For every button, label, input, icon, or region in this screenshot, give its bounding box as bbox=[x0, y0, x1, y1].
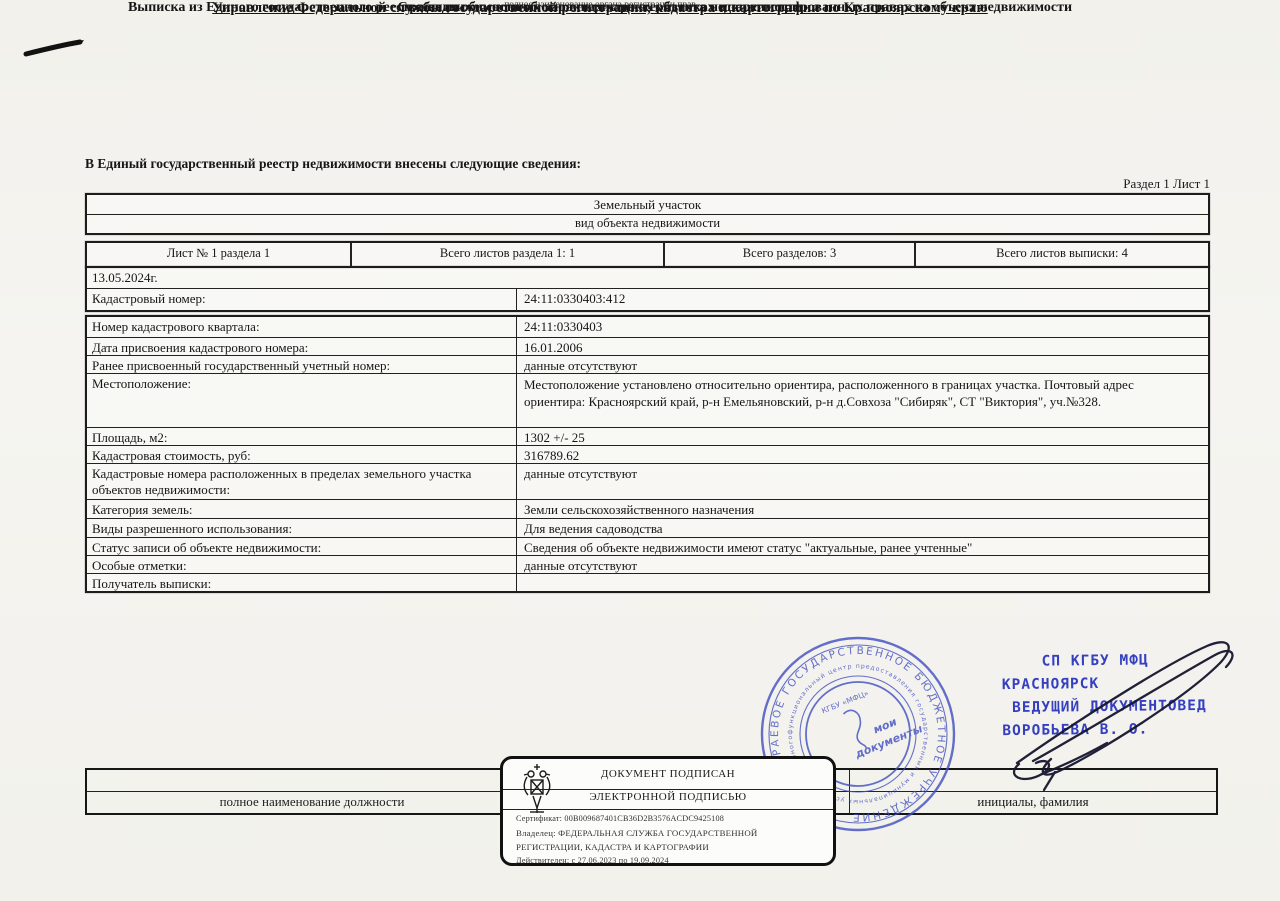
intro-line: В Единый государственный реестр недвижим… bbox=[85, 156, 581, 172]
esign-certificate: Сертификат: 00B009687401CB36D2B3576ACDC9… bbox=[516, 814, 724, 823]
esign-validity: Действителен: с 27.06.2023 по 19.09.2024 bbox=[516, 856, 669, 865]
field-label: Площадь, м2: bbox=[87, 428, 517, 445]
field-label: Кадастровый номер: bbox=[87, 289, 517, 310]
field-value: Для ведения садоводства bbox=[517, 519, 1208, 537]
object-type-value: Земельный участок bbox=[87, 195, 1208, 214]
details-table-main: Номер кадастрового квартала: 24:11:03304… bbox=[85, 315, 1210, 593]
field-value: 16.01.2006 bbox=[517, 338, 1208, 355]
esign-title-line2: ЭЛЕКТРОННОЙ ПОДПИСЬЮ bbox=[503, 791, 833, 803]
section-title: Сведения об основных характеристиках объ… bbox=[0, 0, 1200, 16]
field-label: Кадастровые номера расположенных в преде… bbox=[87, 464, 517, 499]
field-value: Земли сельскохозяйственного назначения bbox=[517, 500, 1208, 518]
field-value: 24:11:0330403 bbox=[517, 317, 1208, 337]
field-label: Виды разрешенного использования: bbox=[87, 519, 517, 537]
field-label: Дата присвоения кадастрового номера: bbox=[87, 338, 517, 355]
field-label: Особые отметки: bbox=[87, 556, 517, 573]
details-table-top: 13.05.2024г. Кадастровый номер: 24:11:03… bbox=[85, 266, 1210, 312]
field-value: 24:11:0330403:412 bbox=[517, 289, 1208, 310]
table-row: Местоположение: Местоположение установле… bbox=[87, 373, 1208, 427]
field-label: Кадастровая стоимость, руб: bbox=[87, 446, 517, 463]
field-value bbox=[517, 574, 1208, 591]
table-row: Номер кадастрового квартала: 24:11:03304… bbox=[87, 317, 1208, 337]
field-label: Ранее присвоенный государственный учетны… bbox=[87, 356, 517, 373]
field-label: Статус записи об объекте недвижимости: bbox=[87, 538, 517, 555]
table-row: Кадастровые номера расположенных в преде… bbox=[87, 463, 1208, 499]
table-row: Особые отметки: данные отсутствуют bbox=[87, 555, 1208, 573]
esign-owner2: РЕГИСТРАЦИИ, КАДАСТРА И КАРТОГРАФИИ bbox=[516, 842, 709, 852]
pen-mark bbox=[18, 32, 98, 62]
position-caption: полное наименование должности bbox=[87, 792, 537, 810]
sheet-info-cell: Всего листов выписки: 4 bbox=[914, 243, 1208, 266]
field-label: Местоположение: bbox=[87, 374, 517, 427]
table-row: Виды разрешенного использования: Для вед… bbox=[87, 518, 1208, 537]
signature-ink bbox=[995, 633, 1275, 793]
table-row: Ранее присвоенный государственный учетны… bbox=[87, 355, 1208, 373]
field-value: данные отсутствуют bbox=[517, 464, 1208, 499]
field-value: Местоположение установлено относительно … bbox=[517, 374, 1208, 427]
table-row: Категория земель: Земли сельскохозяйстве… bbox=[87, 499, 1208, 518]
field-value: данные отсутствуют bbox=[517, 356, 1208, 373]
sheet-info-cell: Всего листов раздела 1: 1 bbox=[350, 243, 663, 266]
object-type-caption: вид объекта недвижимости bbox=[87, 214, 1208, 233]
field-label: Номер кадастрового квартала: bbox=[87, 317, 517, 337]
field-value: данные отсутствуют bbox=[517, 556, 1208, 573]
document-page: Управление Федеральной службы государств… bbox=[0, 0, 1280, 901]
field-value: 1302 +/- 25 bbox=[517, 428, 1208, 445]
field-label: Получатель выписки: bbox=[87, 574, 517, 591]
section-sheet-label: Раздел 1 Лист 1 bbox=[1123, 176, 1210, 192]
table-row: Кадастровый номер: 24:11:0330403:412 bbox=[87, 288, 1208, 310]
object-type-table: Земельный участок вид объекта недвижимос… bbox=[85, 193, 1210, 235]
table-row: Статус записи об объекте недвижимости: С… bbox=[87, 537, 1208, 555]
field-value: Сведения об объекте недвижимости имеют с… bbox=[517, 538, 1208, 555]
sheet-info-table: Лист № 1 раздела 1 Всего листов раздела … bbox=[85, 241, 1210, 268]
field-label: Категория земель: bbox=[87, 500, 517, 518]
table-row: Кадастровая стоимость, руб: 316789.62 bbox=[87, 445, 1208, 463]
extract-date: 13.05.2024г. bbox=[87, 268, 1208, 288]
table-row: Получатель выписки: bbox=[87, 573, 1208, 591]
sheet-info-cell: Всего разделов: 3 bbox=[663, 243, 914, 266]
table-row: Площадь, м2: 1302 +/- 25 bbox=[87, 427, 1208, 445]
esign-owner1: Владелец: ФЕДЕРАЛЬНАЯ СЛУЖБА ГОСУДАРСТВЕ… bbox=[516, 828, 757, 838]
esign-title-line1: ДОКУМЕНТ ПОДПИСАН bbox=[503, 768, 833, 780]
field-value: 316789.62 bbox=[517, 446, 1208, 463]
table-row: Дата присвоения кадастрового номера: 16.… bbox=[87, 337, 1208, 355]
esign-box: ДОКУМЕНТ ПОДПИСАН ЭЛЕКТРОННОЙ ПОДПИСЬЮ С… bbox=[500, 756, 836, 866]
sheet-info-cell: Лист № 1 раздела 1 bbox=[87, 243, 350, 266]
